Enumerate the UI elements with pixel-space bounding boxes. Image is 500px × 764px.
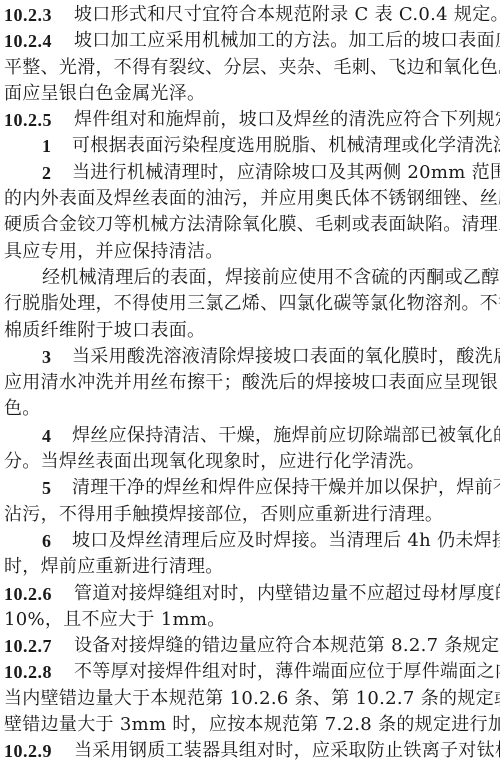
item-number: 4 [42,423,72,449]
item-text: 具应专用，并应保持清洁。 [4,239,494,265]
text-line: 分。当焊丝表面出现氧化现象时，应进行化学清洗。 [4,449,494,475]
text-line: 壁错边量大于 3mm 时，应按本规范第 7.2.8 条的规定进行加工。 [4,712,494,738]
item-text: 的内外表面及焊丝表面的油污，并应用奥氏体不锈钢细锉、丝刷、 [4,186,494,212]
item-number: 5 [42,475,72,501]
item-text: 沾污，不得用手触摸焊接部位，否则应重新进行清理。 [4,502,494,528]
clause-10-2-4: 10.2.4 坡口加工应采用机械加工的方法。加工后的坡口表面应 [4,28,494,54]
list-item-5: 5 清理干净的焊丝和焊件应保持干燥并加以保护，焊前不得 [4,475,494,501]
item-text: 坡口及焊丝清理后应及时焊接。当清理后 4h 仍未焊接 [72,528,500,554]
list-item-4: 4 焊丝应保持清洁、干燥，施焊前应切除端部已被氧化的部 [4,423,494,449]
text-line: 时，焊前应重新进行清理。 [4,554,494,580]
item-text: 行脱脂处理，不得使用三氯乙烯、四氯化碳等氯化物溶剂。不得将 [4,291,494,317]
clause-number: 10.2.7 [4,633,74,659]
item-text: 棉质纤维附于坡口表面。 [4,318,494,344]
text-line: 行脱脂处理，不得使用三氯乙烯、四氯化碳等氯化物溶剂。不得将 [4,291,494,317]
clause-text: 面应呈银白色金属光泽。 [4,81,494,107]
item-text: 时，焊前应重新进行清理。 [4,554,494,580]
item-text: 焊丝应保持清洁、干燥，施焊前应切除端部已被氧化的部 [72,423,500,449]
text-line: 硬质合金铰刀等机械方法清除氧化膜、毛刺或表面缺陷。清理工 [4,212,494,238]
item-text: 硬质合金铰刀等机械方法清除氧化膜、毛刺或表面缺陷。清理工 [4,212,494,238]
clause-text: 坡口形式和尺寸宜符合本规范附录 C 表 C.0.4 规定。 [74,2,500,28]
item-text: 分。当焊丝表面出现氧化现象时，应进行化学清洗。 [4,449,494,475]
item-number: 6 [42,528,72,554]
item-text: 色。 [4,396,494,422]
clause-text: 当采用钢质工装器具组对时，应采取防止铁离子对钛材 [74,738,500,764]
text-line: 当内壁错边量大于本规范第 10.2.6 条、第 10.2.7 条的规定或外 [4,686,494,712]
clause-10-2-3: 10.2.3 坡口形式和尺寸宜符合本规范附录 C 表 C.0.4 规定。 [4,2,494,28]
clause-10-2-5: 10.2.5 焊件组对和施焊前，坡口及焊丝的清洗应符合下列规定： [4,107,494,133]
clause-text: 不等厚对接焊件组对时，薄件端面应位于厚件端面之内。 [74,659,500,685]
item-text: 当采用酸洗溶液清除焊接坡口表面的氧化膜时，酸洗后， [72,344,500,370]
item-number: 2 [42,160,72,186]
clause-text: 设备对接焊缝的错边量应符合本规范第 8.2.7 条规定。 [74,633,500,659]
clause-number: 10.2.9 [4,738,74,764]
paragraph-continuation: 经机械清理后的表面，焊接前应使用不含硫的丙酮或乙醇进 [4,265,494,291]
item-number: 1 [42,133,72,159]
clause-text: 焊件组对和施焊前，坡口及焊丝的清洗应符合下列规定： [74,107,500,133]
item-text: 经机械清理后的表面，焊接前应使用不含硫的丙酮或乙醇进 [42,265,494,291]
text-line: 色。 [4,396,494,422]
text-line: 应用清水冲洗并用丝布擦干；酸洗后的焊接坡口表面应呈现银白 [4,370,494,396]
clause-text: 平整、光滑，不得有裂纹、分层、夹杂、毛刺、飞边和氧化色。坡口表 [4,55,494,81]
text-line: 具应专用，并应保持清洁。 [4,239,494,265]
item-text: 应用清水冲洗并用丝布擦干；酸洗后的焊接坡口表面应呈现银白 [4,370,494,396]
clause-number: 10.2.8 [4,659,74,685]
clause-number: 10.2.4 [4,28,74,54]
clause-10-2-6: 10.2.6 管道对接焊缝组对时，内壁错边量不应超过母材厚度的 [4,581,494,607]
text-line: 10%，且不应大于 1mm。 [4,607,494,633]
text-line: 的内外表面及焊丝表面的油污，并应用奥氏体不锈钢细锉、丝刷、 [4,186,494,212]
clause-text: 管道对接焊缝组对时，内壁错边量不应超过母材厚度的 [74,581,500,607]
list-item-3: 3 当采用酸洗溶液清除焊接坡口表面的氧化膜时，酸洗后， [4,344,494,370]
item-text: 清理干净的焊丝和焊件应保持干燥并加以保护，焊前不得 [72,475,500,501]
list-item-6: 6 坡口及焊丝清理后应及时焊接。当清理后 4h 仍未焊接 [4,528,494,554]
text-line: 沾污，不得用手触摸焊接部位，否则应重新进行清理。 [4,502,494,528]
list-item-2: 2 当进行机械清理时，应清除坡口及其两侧 20mm 范围内 [4,160,494,186]
document-page: 10.2.3 坡口形式和尺寸宜符合本规范附录 C 表 C.0.4 规定。 10.… [4,2,494,764]
clause-text: 坡口加工应采用机械加工的方法。加工后的坡口表面应 [74,28,500,54]
text-line: 面应呈银白色金属光泽。 [4,81,494,107]
clause-text: 壁错边量大于 3mm 时，应按本规范第 7.2.8 条的规定进行加工。 [4,712,494,738]
list-item-1: 1 可根据表面污染程度选用脱脂、机械清理或化学清洗法。 [4,133,494,159]
clause-number: 10.2.6 [4,581,74,607]
item-number: 3 [42,344,72,370]
clause-10-2-8: 10.2.8 不等厚对接焊件组对时，薄件端面应位于厚件端面之内。 [4,659,494,685]
clause-10-2-7: 10.2.7 设备对接焊缝的错边量应符合本规范第 8.2.7 条规定。 [4,633,494,659]
clause-10-2-9: 10.2.9 当采用钢质工装器具组对时，应采取防止铁离子对钛材 [4,738,494,764]
clause-number: 10.2.5 [4,107,74,133]
item-text: 可根据表面污染程度选用脱脂、机械清理或化学清洗法。 [72,133,500,159]
item-text: 当进行机械清理时，应清除坡口及其两侧 20mm 范围内 [72,160,500,186]
clause-number: 10.2.3 [4,2,74,28]
text-line: 棉质纤维附于坡口表面。 [4,318,494,344]
text-line: 平整、光滑，不得有裂纹、分层、夹杂、毛刺、飞边和氧化色。坡口表 [4,55,494,81]
clause-text: 10%，且不应大于 1mm。 [4,607,494,633]
clause-text: 当内壁错边量大于本规范第 10.2.6 条、第 10.2.7 条的规定或外 [4,686,494,712]
